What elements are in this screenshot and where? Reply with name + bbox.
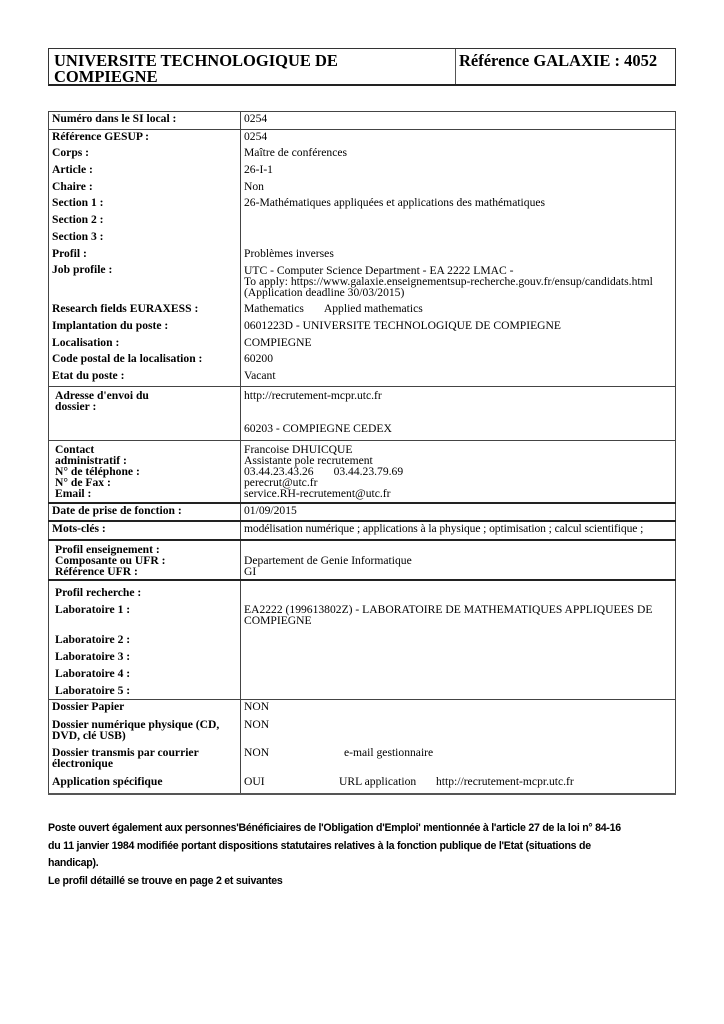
label-line: Laboratoire 2 :	[55, 631, 237, 648]
field-label: Corps :	[49, 146, 241, 163]
table-row: Date de prise de fonction : 01/09/2015	[49, 503, 676, 522]
field-label: Section 2 :	[49, 213, 241, 230]
label-line: Contact	[55, 444, 237, 455]
table-row: Dossier transmis par courrier électroniq…	[49, 745, 676, 773]
field-label: Dossier numérique physique (CD, DVD, clé…	[49, 717, 241, 745]
table-row: Job profile : UTC - Computer Science Dep…	[49, 263, 676, 302]
field-label: Numéro dans le SI local :	[49, 112, 241, 130]
application-value: OUI	[244, 776, 339, 788]
table-row: Adresse d'envoi du dossier : http://recr…	[49, 386, 676, 440]
table-row: Profil recherche : Laboratoire 1 : Labor…	[49, 580, 676, 700]
field-value: Departement de Genie Informatique GI	[241, 540, 676, 580]
label-line: Référence UFR :	[55, 566, 237, 577]
field-label: Contact administratif : N° de téléphone …	[49, 440, 241, 503]
label-line: Profil recherche :	[55, 584, 237, 601]
laboratory-1-value: COMPIEGNE	[244, 615, 672, 626]
label-line: Laboratoire 4 :	[55, 665, 237, 682]
table-row: Numéro dans le SI local : 0254	[49, 112, 676, 130]
composante-value: Departement de Genie Informatique	[244, 555, 672, 566]
note-line: Poste ouvert également aux personnes'Bén…	[48, 820, 688, 838]
table-row: Article : 26-I-1	[49, 163, 676, 180]
table-row: Section 2 :	[49, 213, 676, 230]
field-label: Code postal de la localisation :	[49, 352, 241, 369]
ref-ufr-value: GI	[244, 566, 672, 577]
field-label: Localisation :	[49, 336, 241, 353]
field-value: 26-I-1	[241, 163, 676, 180]
field-value: Vacant	[241, 369, 676, 386]
field-value: OUIURL applicationhttp://recrutement-mcp…	[241, 773, 676, 794]
contact-email[interactable]: service.RH-recrutement@utc.fr	[244, 488, 672, 499]
table-row: Research fields EURAXESS : MathematicsAp…	[49, 302, 676, 319]
field-label: Dossier Papier	[49, 700, 241, 717]
table-row: Profil : Problèmes inverses	[49, 247, 676, 264]
field-label: Research fields EURAXESS :	[49, 302, 241, 319]
field-label: Section 1 :	[49, 196, 241, 213]
field-value: 60200	[241, 352, 676, 369]
label-line: dossier :	[55, 401, 237, 412]
footer-notes: Poste ouvert également aux personnes'Bén…	[48, 820, 688, 890]
table-row: Dossier numérique physique (CD, DVD, clé…	[49, 717, 676, 745]
application-url-link[interactable]: http://recrutement-mcpr.utc.fr	[244, 390, 672, 402]
label-line: DVD, clé USB)	[52, 730, 237, 741]
field-value	[241, 213, 676, 230]
label-line: N° de téléphone :	[55, 466, 237, 477]
field-label: Etat du poste :	[49, 369, 241, 386]
table-row: Code postal de la localisation : 60200	[49, 352, 676, 369]
field-label: Article :	[49, 163, 241, 180]
field-label: Référence GESUP :	[49, 129, 241, 146]
field-label: Section 3 :	[49, 230, 241, 247]
field-value: MathematicsApplied mathematics	[241, 302, 676, 319]
table-row: Chaire : Non	[49, 180, 676, 197]
galaxie-reference: Référence GALAXIE : 4052	[456, 49, 675, 84]
table-row: Référence GESUP : 0254	[49, 129, 676, 146]
field-value: Francoise DHUICQUE Assistante pole recru…	[241, 440, 676, 503]
position-details-table: Numéro dans le SI local : 0254 Référence…	[48, 111, 676, 795]
table-row: Dossier Papier NON	[49, 700, 676, 717]
field-label: Application spécifique	[49, 773, 241, 794]
contact-name: Francoise DHUICQUE	[244, 444, 672, 455]
institution-name: UNIVERSITE TECHNOLOGIQUE DE COMPIEGNE	[49, 49, 456, 84]
field-value: modélisation numérique ; applications à …	[241, 521, 676, 540]
label-line: administratif :	[55, 455, 237, 466]
field-value: 26-Mathématiques appliquées et applicati…	[241, 196, 676, 213]
field-value: http://recrutement-mcpr.utc.fr 60203 - C…	[241, 386, 676, 440]
field-value: Problèmes inverses	[241, 247, 676, 264]
contact-email[interactable]: perecrut@utc.fr	[244, 477, 672, 488]
institution-line-2: COMPIEGNE	[54, 69, 451, 85]
euraxess-field-2: Applied mathematics	[324, 302, 423, 315]
label-line: Laboratoire 3 :	[55, 648, 237, 665]
field-value: 01/09/2015	[241, 503, 676, 522]
table-row: Application spécifique OUIURL applicatio…	[49, 773, 676, 794]
field-label: Dossier transmis par courrier électroniq…	[49, 745, 241, 773]
field-label: Implantation du poste :	[49, 319, 241, 336]
field-label: Profil :	[49, 247, 241, 264]
document-header: UNIVERSITE TECHNOLOGIQUE DE COMPIEGNE Ré…	[48, 48, 676, 86]
field-value: 0254	[241, 129, 676, 146]
label-line: N° de Fax :	[55, 477, 237, 488]
field-label: Chaire :	[49, 180, 241, 197]
job-profile-deadline: (Application deadline 30/03/2015)	[244, 287, 672, 298]
table-row: Profil enseignement : Composante ou UFR …	[49, 540, 676, 580]
field-value: EA2222 (199613802Z) - LABORATOIRE DE MAT…	[241, 580, 676, 700]
url-application-link[interactable]: http://recrutement-mcpr.utc.fr	[436, 775, 574, 788]
field-label: Profil recherche : Laboratoire 1 : Labor…	[49, 580, 241, 700]
note-line: du 11 janvier 1984 modifiée portant disp…	[48, 838, 688, 856]
euraxess-field-1: Mathematics	[244, 302, 304, 315]
url-application-label: URL application	[339, 776, 436, 788]
label-line: Adresse d'envoi du	[55, 390, 237, 401]
note-line: Le profil détaillé se trouve en page 2 e…	[48, 873, 688, 891]
table-row: Corps : Maître de conférences	[49, 146, 676, 163]
field-value: UTC - Computer Science Department - EA 2…	[241, 263, 676, 302]
field-label: Adresse d'envoi du dossier :	[49, 386, 241, 440]
label-line: Email :	[55, 488, 237, 499]
table-row: Mots-clés : modélisation numérique ; app…	[49, 521, 676, 540]
table-row: Section 1 : 26-Mathématiques appliquées …	[49, 196, 676, 213]
label-line: Laboratoire 5 :	[55, 682, 237, 699]
label-line: électronique	[52, 758, 237, 769]
field-value: NON	[241, 700, 676, 717]
field-label: Mots-clés :	[49, 521, 241, 540]
courrier-value: NON	[244, 747, 344, 759]
field-value: NON	[241, 717, 676, 745]
field-label: Date de prise de fonction :	[49, 503, 241, 522]
field-value: Maître de conférences	[241, 146, 676, 163]
note-line: handicap).	[48, 855, 688, 873]
field-value: COMPIEGNE	[241, 336, 676, 353]
field-value: Non	[241, 180, 676, 197]
field-value	[241, 230, 676, 247]
table-row: Contact administratif : N° de téléphone …	[49, 440, 676, 503]
field-value: NONe-mail gestionnaire	[241, 745, 676, 773]
table-row: Etat du poste : Vacant	[49, 369, 676, 386]
field-value: 0601223D - UNIVERSITE TECHNOLOGIQUE DE C…	[241, 319, 676, 336]
table-row: Localisation : COMPIEGNE	[49, 336, 676, 353]
contact-fax: 03.44.23.79.69	[334, 465, 404, 478]
postal-address: 60203 - COMPIEGNE CEDEX	[244, 423, 672, 435]
field-label: Profil enseignement : Composante ou UFR …	[49, 540, 241, 580]
field-value: 0254	[241, 112, 676, 130]
table-row: Section 3 :	[49, 230, 676, 247]
email-gestionnaire: e-mail gestionnaire	[344, 746, 433, 759]
field-label: Job profile :	[49, 263, 241, 302]
table-row: Implantation du poste : 0601223D - UNIVE…	[49, 319, 676, 336]
label-line: Laboratoire 1 :	[55, 601, 237, 618]
